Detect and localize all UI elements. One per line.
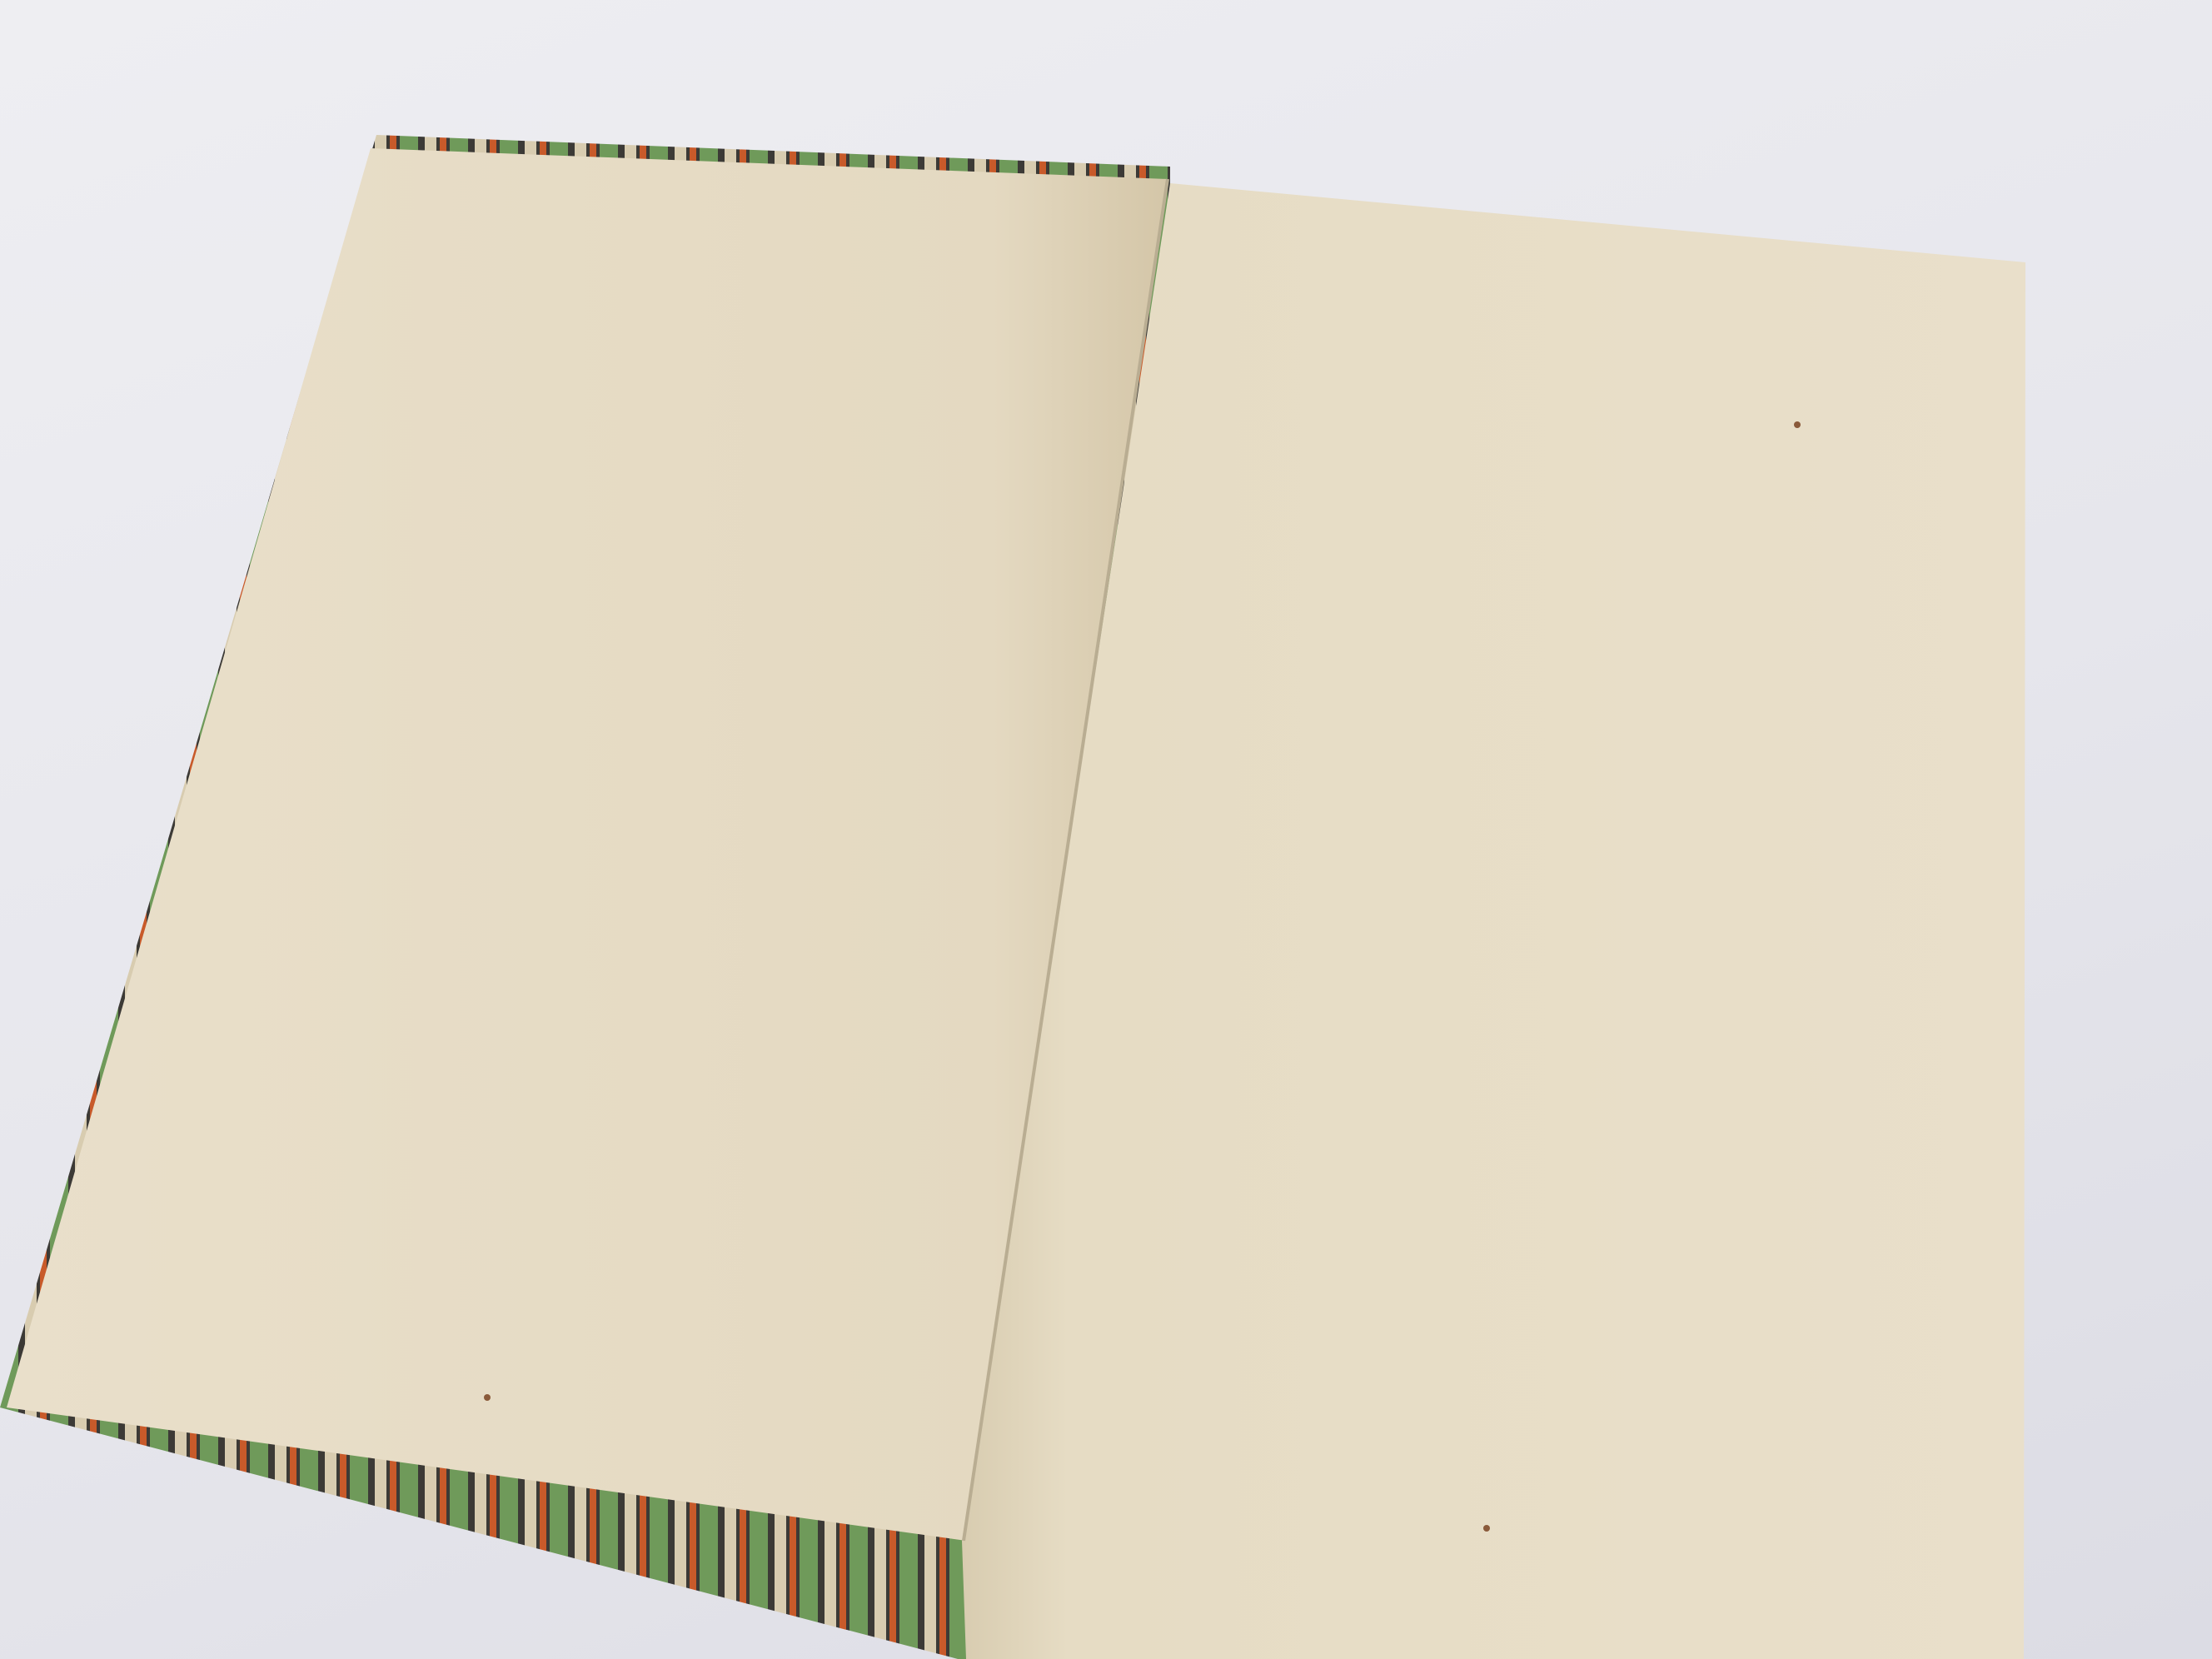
foxing-spot <box>1794 421 1801 428</box>
book-photo <box>0 0 2212 1659</box>
foxing-spot <box>1483 1525 1490 1532</box>
foxing-spot <box>484 1394 491 1401</box>
